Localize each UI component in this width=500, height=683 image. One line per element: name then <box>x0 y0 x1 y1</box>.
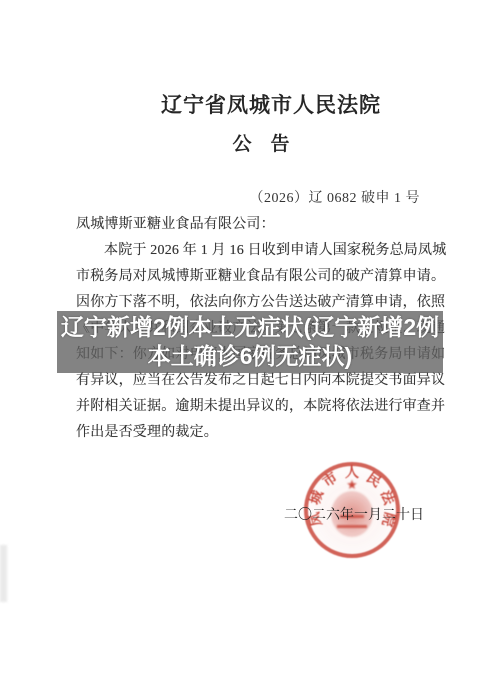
issue-date: 二〇二六年一月二十日 <box>284 504 424 524</box>
doc-type-heading: 公 告 <box>0 129 500 156</box>
case-number: （2026）辽 0682 破申 1 号 <box>250 187 421 207</box>
body-line: 市税务局对凤城博斯亚糖业食品有限公司的破产清算申请。 <box>76 264 445 290</box>
scan-edge-artifact <box>0 545 7 602</box>
body-line: 并附相关证据。逾期未提出异议的，本院将依法进行审查并 <box>76 394 445 420</box>
body-line: 本院于 2026 年 1 月 16 日收到申请人国家税务总局凤城 <box>76 238 446 264</box>
headline-text-line1: 辽宁新增2例本土无症状(辽宁新增2例 <box>61 313 439 342</box>
addressee-line: 凤城博斯亚糖业食品有限公司： <box>76 212 275 238</box>
court-title: 辽宁省凤城市人民法院 <box>0 89 500 119</box>
headline-overlay-banner: 辽宁新增2例本土无症状(辽宁新增2例 本土确诊6例无症状) <box>57 311 443 373</box>
scanned-court-notice: 辽宁省凤城市人民法院 公 告 （2026）辽 0682 破申 1 号 凤城博斯亚… <box>0 0 500 683</box>
body-line: 作出是否受理的裁定。 <box>76 420 218 446</box>
headline-text-line2: 本土确诊6例无症状) <box>148 342 352 371</box>
